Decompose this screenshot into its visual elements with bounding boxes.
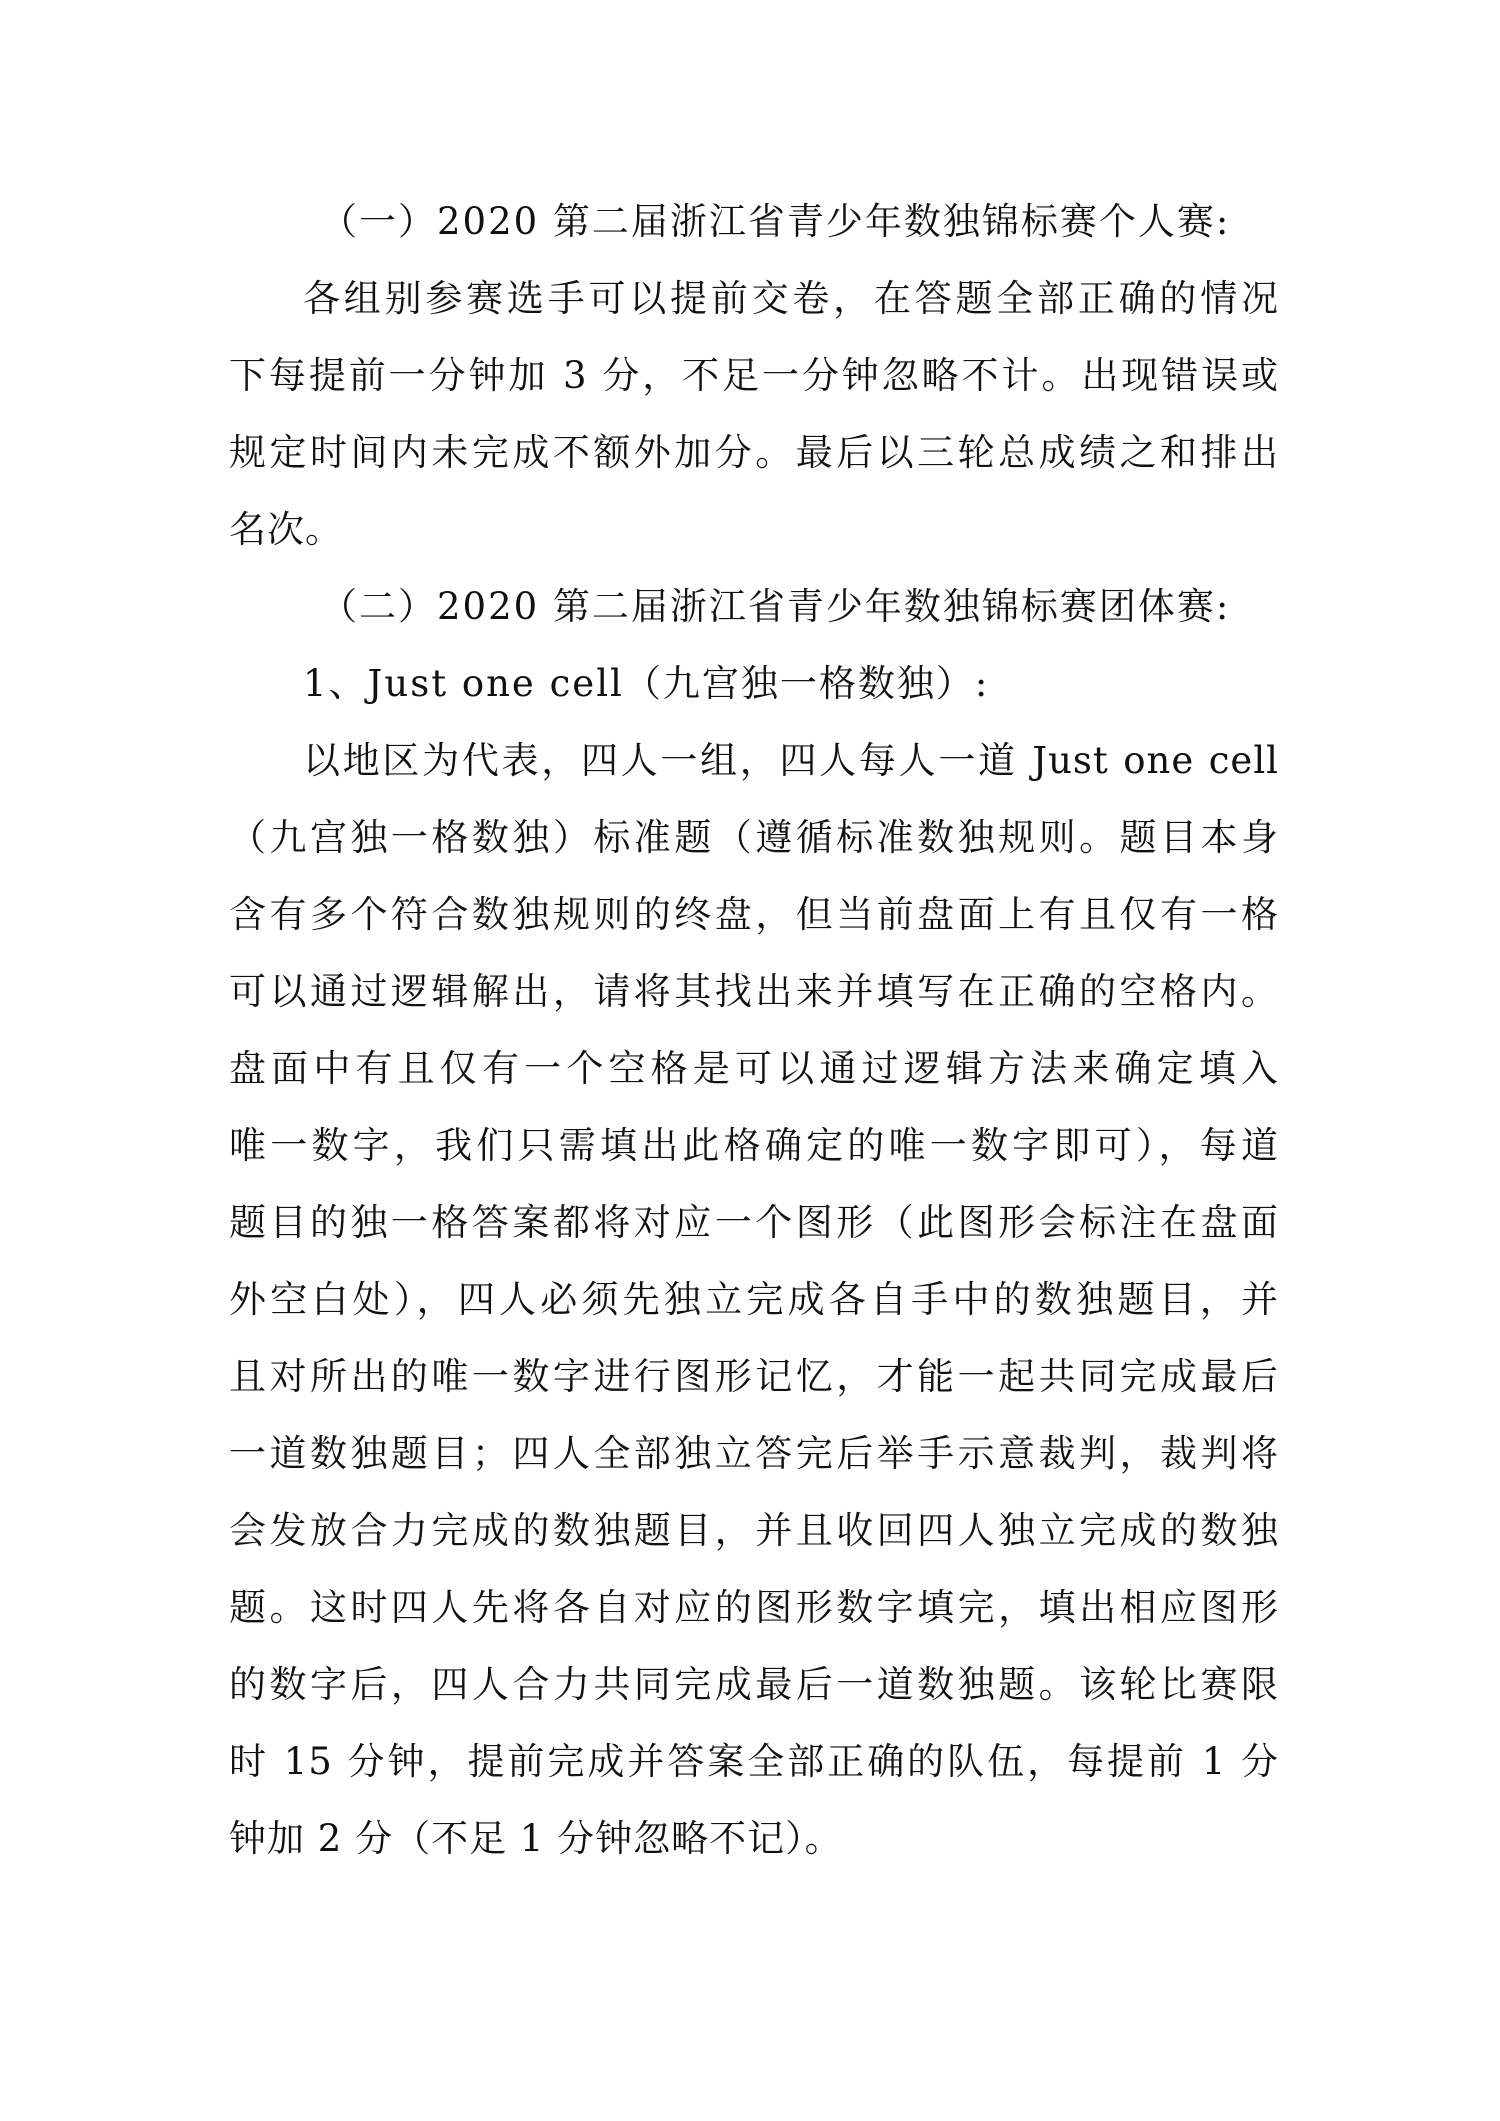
paragraph-line: 各组别参赛选手可以提前交卷，在答题全部正确的情况 (303, 269, 1279, 329)
paragraph-line: 钟加 2 分（不足 1 分钟忽略不记）。 (229, 1809, 1279, 1869)
document-page: （一）2020 第二届浙江省青少年数独锦标赛个人赛: 各组别参赛选手可以提前交卷… (0, 0, 1500, 2121)
paragraph-line: 含有多个符合数独规则的终盘，但当前盘面上有且仅有一格 (229, 885, 1279, 945)
paragraph-line: 名次。 (229, 500, 1279, 560)
paragraph-line: 一道数独题目；四人全部独立答完后举手示意裁判，裁判将 (229, 1424, 1279, 1484)
paragraph-line: 可以通过逻辑解出，请将其找出来并填写在正确的空格内。 (229, 962, 1279, 1022)
paragraph-line: 以地区为代表，四人一组，四人每人一道 Just one cell (303, 731, 1279, 791)
section1-heading: （一）2020 第二届浙江省青少年数独锦标赛个人赛: (320, 192, 1220, 252)
paragraph-line: 的数字后，四人合力共同完成最后一道数独题。该轮比赛限 (229, 1655, 1279, 1715)
paragraph-line: 题目的独一格答案都将对应一个图形（此图形会标注在盘面 (229, 1193, 1279, 1253)
section2-heading: （二）2020 第二届浙江省青少年数独锦标赛团体赛: (320, 577, 1220, 637)
paragraph-line: 会发放合力完成的数独题目，并且收回四人独立完成的数独 (229, 1501, 1279, 1561)
paragraph-line: 下每提前一分钟加 3 分，不足一分钟忽略不计。出现错误或 (229, 346, 1279, 406)
paragraph-line: 且对所出的唯一数字进行图形记忆，才能一起共同完成最后 (229, 1347, 1279, 1407)
section2-subheading: 1、Just one cell（九宫独一格数独）: (303, 654, 1003, 714)
paragraph-line: 题。这时四人先将各自对应的图形数字填完，填出相应图形 (229, 1578, 1279, 1638)
paragraph-line: （九宫独一格数独）标准题（遵循标准数独规则。题目本身 (229, 808, 1279, 868)
paragraph-line: 时 15 分钟，提前完成并答案全部正确的队伍，每提前 1 分 (229, 1732, 1279, 1792)
paragraph-line: 规定时间内未完成不额外加分。最后以三轮总成绩之和排出 (229, 423, 1279, 483)
paragraph-line: 外空白处），四人必须先独立完成各自手中的数独题目，并 (229, 1270, 1279, 1330)
paragraph-line: 盘面中有且仅有一个空格是可以通过逻辑方法来确定填入 (229, 1039, 1279, 1099)
paragraph-line: 唯一数字，我们只需填出此格确定的唯一数字即可），每道 (229, 1116, 1279, 1176)
